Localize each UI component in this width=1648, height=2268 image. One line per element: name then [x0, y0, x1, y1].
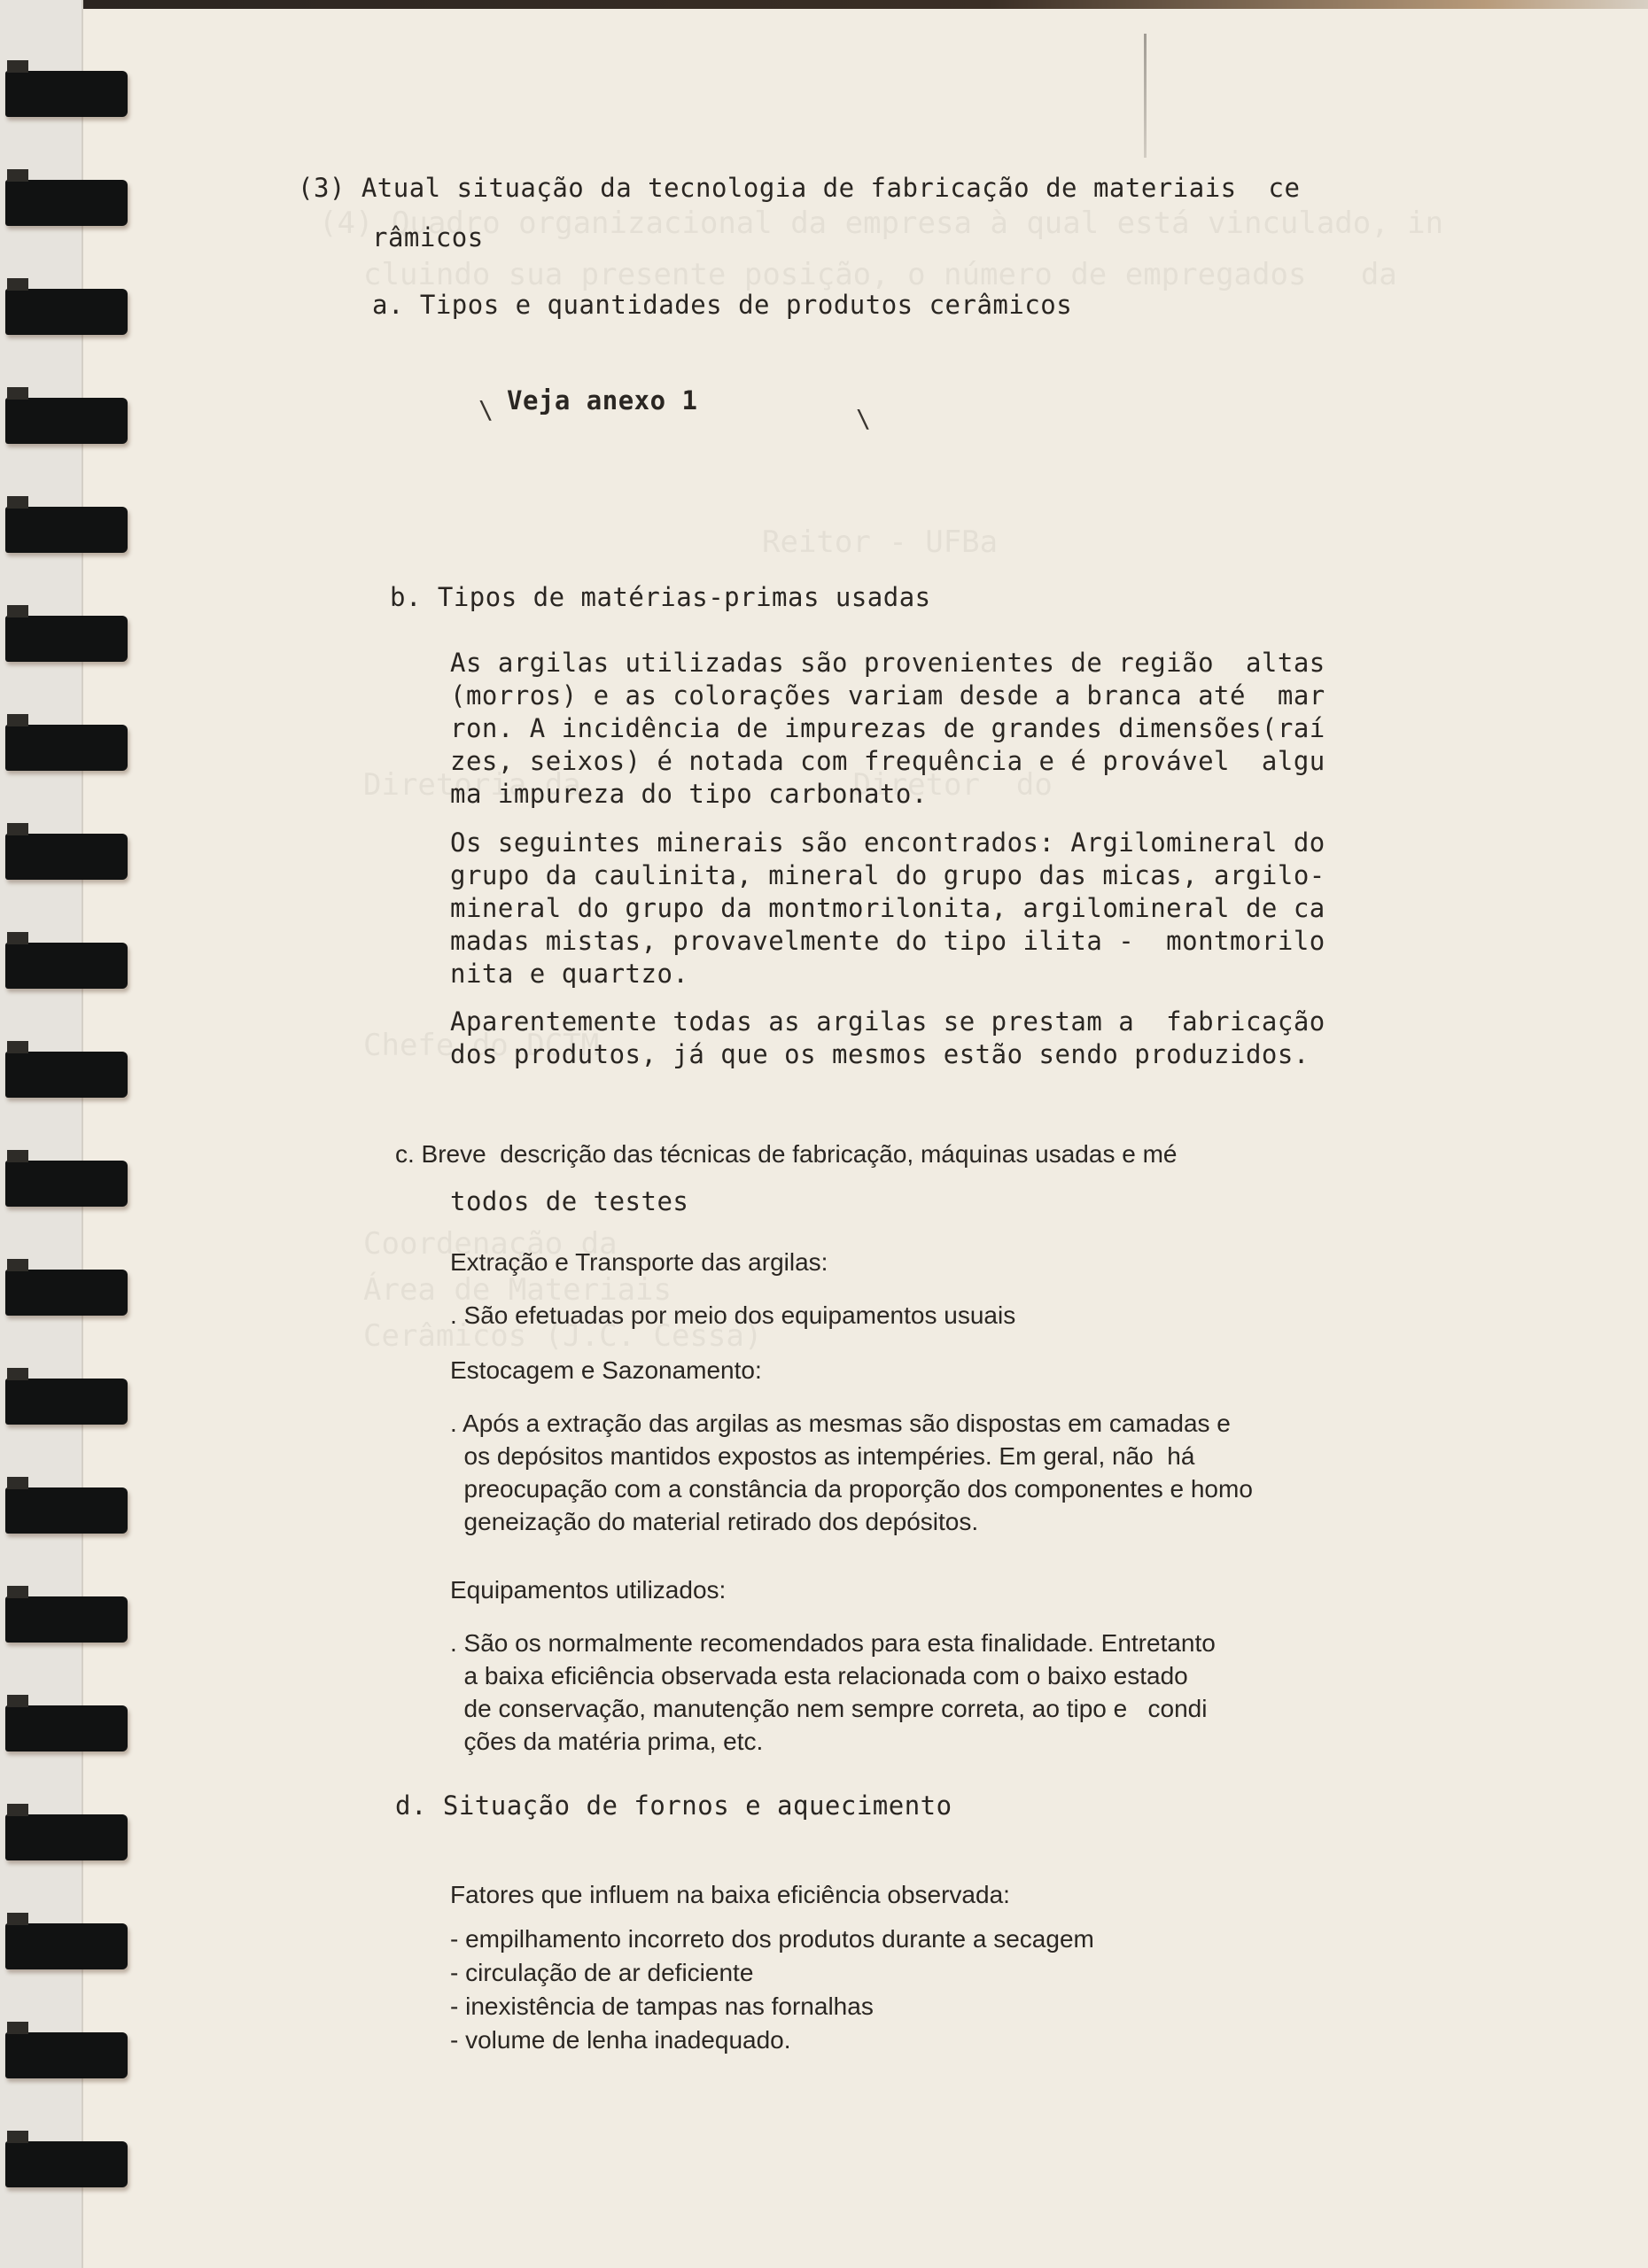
- paragraph-line: Aparentemente todas as argilas se presta…: [450, 1006, 1325, 1038]
- binding-tab: [5, 1814, 128, 1860]
- subsection-heading: Equipamentos utilizados:: [450, 1573, 726, 1606]
- bullet-line: os depósitos mantidos expostos as intemp…: [450, 1440, 1194, 1472]
- factor-item: - inexistência de tampas nas fornalhas: [450, 1990, 874, 2023]
- paragraph-line: grupo da caulinita, mineral do grupo das…: [450, 859, 1325, 892]
- bullet-line: a baixa eficiência observada esta relaci…: [450, 1659, 1188, 1692]
- factor-item: - empilhamento incorreto dos produtos du…: [450, 1922, 1094, 1955]
- bullet-line: geneização do material retirado dos depó…: [450, 1505, 978, 1538]
- paragraph-line: (morros) e as colorações variam desde a …: [450, 680, 1325, 712]
- binding-tab: [5, 180, 128, 226]
- handwritten-tick: \: [856, 404, 871, 433]
- binding-tab: [5, 1923, 128, 1969]
- subsection-c-title-line1: c. Breve descrição das técnicas de fabri…: [395, 1138, 1177, 1170]
- binding-tab: [5, 507, 128, 553]
- bullet-line: . São efetuadas por meio dos equipamento…: [450, 1299, 1015, 1332]
- paragraph-line: ron. A incidência de impurezas de grande…: [450, 712, 1325, 745]
- section-heading-line2: râmicos: [372, 221, 484, 254]
- subsection-heading: Extração e Transporte das argilas:: [450, 1246, 828, 1278]
- paragraph-line: dos produtos, já que os mesmos estão sen…: [450, 1038, 1310, 1071]
- annex-reference: Veja anexo 1: [507, 384, 698, 417]
- binding-tab: [5, 725, 128, 771]
- factor-item: - volume de lenha inadequado.: [450, 2023, 791, 2056]
- subsection-d-title: d. Situação de fornos e aquecimento: [395, 1790, 952, 1822]
- paragraph-line: Os seguintes minerais são encontrados: A…: [450, 827, 1325, 859]
- binding-tab: [5, 616, 128, 662]
- binding-tab: [5, 834, 128, 880]
- subsection-heading: Estocagem e Sazonamento:: [450, 1354, 762, 1386]
- binding-tab: [5, 1052, 128, 1098]
- binding-tab: [5, 1705, 128, 1751]
- bullet-line: ções da matéria prima, etc.: [450, 1725, 763, 1758]
- factors-heading: Fatores que influem na baixa eficiência …: [450, 1878, 1010, 1911]
- handwritten-tick: \: [478, 395, 494, 424]
- bullet-line: . Após a extração das argilas as mesmas …: [450, 1407, 1231, 1440]
- show-through-text: (4) Quadro organizacional da empresa à q…: [319, 206, 1443, 241]
- binding-tab: [5, 1379, 128, 1425]
- pencil-mark: [1144, 34, 1147, 158]
- binding-tab: [5, 1596, 128, 1643]
- bullet-line: . São os normalmente recomendados para e…: [450, 1627, 1216, 1659]
- paragraph-line: ma impureza do tipo carbonato.: [450, 778, 928, 811]
- paragraph-line: madas mistas, provavelmente do tipo ilit…: [450, 925, 1325, 958]
- binding-tab: [5, 289, 128, 335]
- show-through-text: cluindo sua presente posição, o número d…: [363, 257, 1397, 292]
- scan-top-edge: [0, 0, 1648, 9]
- show-through-text: Reitor - UFBa: [762, 524, 998, 560]
- binding-tab: [5, 943, 128, 989]
- binding-tab: [5, 1161, 128, 1207]
- paragraph-line: As argilas utilizadas são provenientes d…: [450, 647, 1325, 680]
- subsection-a-title: a. Tipos e quantidades de produtos cerâm…: [372, 289, 1072, 322]
- subsection-b-title: b. Tipos de matérias-primas usadas: [390, 581, 931, 614]
- paragraph-line: mineral do grupo da montmorilonita, argi…: [450, 892, 1325, 925]
- paragraph-line: nita e quartzo.: [450, 958, 688, 990]
- binding-tab: [5, 398, 128, 444]
- binding-tab: [5, 71, 128, 117]
- binding-tab: [5, 2032, 128, 2078]
- binding-tab: [5, 1270, 128, 1316]
- binding-tab: [5, 2141, 128, 2187]
- binding-tab: [5, 1487, 128, 1534]
- paragraph-line: zes, seixos) é notada com frequência e é…: [450, 745, 1325, 778]
- subsection-c-title-line2: todos de testes: [450, 1185, 688, 1218]
- factor-item: - circulação de ar deficiente: [450, 1956, 753, 1989]
- bullet-line: preocupação com a constância da proporçã…: [450, 1472, 1253, 1505]
- section-heading-line1: (3) Atual situação da tecnologia de fabr…: [298, 172, 1300, 205]
- bullet-line: de conservação, manutenção nem sempre co…: [450, 1692, 1207, 1725]
